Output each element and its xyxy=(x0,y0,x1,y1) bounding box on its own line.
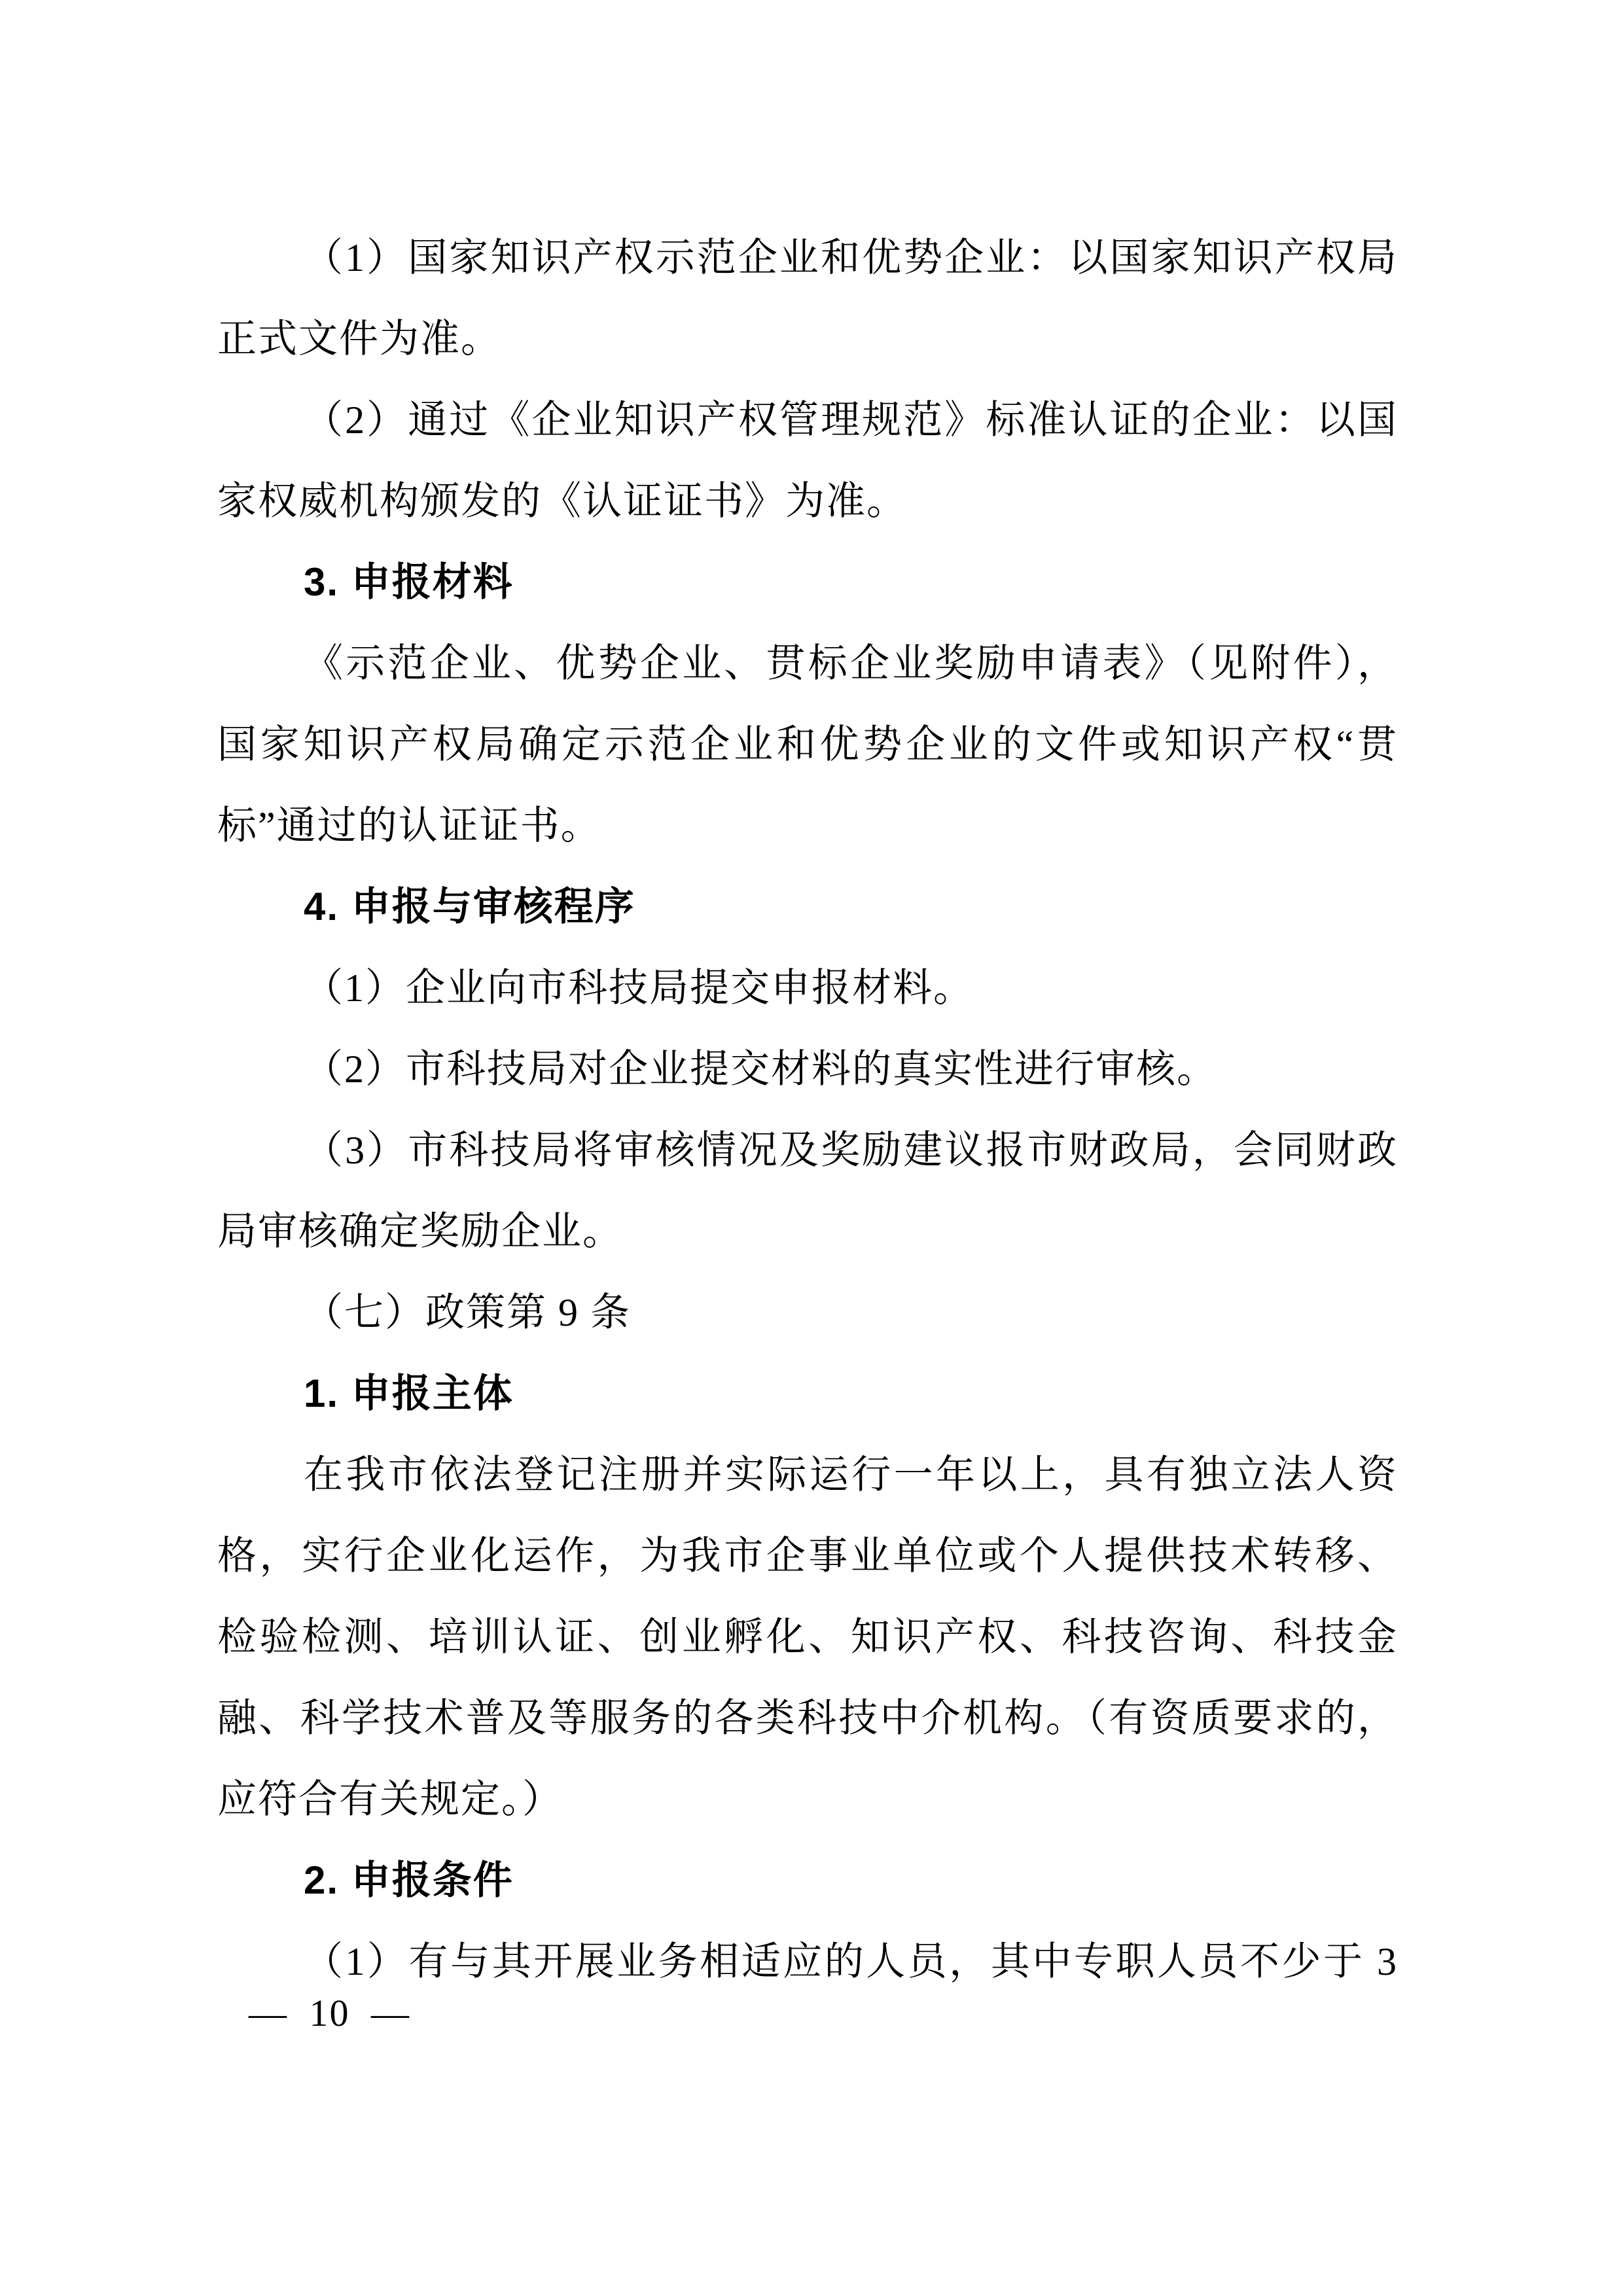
text-line: （2）通过《企业知识产权管理规范》标准认证的企业：以国 xyxy=(217,380,1398,461)
text-line: （2）市科技局对企业提交材料的真实性进行审核。 xyxy=(217,1029,1398,1110)
text-line: 家权威机构颁发的《认证证书》为准。 xyxy=(217,461,1398,542)
text-line: （3）市科技局将审核情况及奖励建议报市财政局，会同财政 xyxy=(217,1110,1398,1191)
text-line: （1）国家知识产权示范企业和优势企业：以国家知识产权局 xyxy=(217,217,1398,298)
text-line: 正式文件为准。 xyxy=(217,298,1398,380)
page-number: — 10 — xyxy=(249,1990,410,2036)
text-line: 《示范企业、优势企业、贯标企业奖励申请表》（见附件）， xyxy=(217,623,1398,704)
text-line: 应符合有关规定。） xyxy=(217,1759,1398,1840)
text-line: 标”通过的认证证书。 xyxy=(217,785,1398,866)
text-line: 在我市依法登记注册并实际运行一年以上，具有独立法人资 xyxy=(217,1434,1398,1515)
text-line: 局审核确定奖励企业。 xyxy=(217,1191,1398,1272)
section-heading: 3. 申报材料 xyxy=(217,542,1398,623)
section-heading: 1. 申报主体 xyxy=(217,1353,1398,1434)
section-heading: 4. 申报与审核程序 xyxy=(217,866,1398,947)
section-heading: （七）政策第 9 条 xyxy=(217,1272,1398,1353)
section-heading: 2. 申报条件 xyxy=(217,1840,1398,1921)
text-line: 检验检测、培训认证、创业孵化、知识产权、科技咨询、科技金 xyxy=(217,1597,1398,1678)
text-line: 格，实行企业化运作，为我市企事业单位或个人提供技术转移、 xyxy=(217,1515,1398,1597)
text-line: （1）企业向市科技局提交申报材料。 xyxy=(217,947,1398,1029)
text-line: 融、科学技术普及等服务的各类科技中介机构。（有资质要求的， xyxy=(217,1678,1398,1759)
text-line: 国家知识产权局确定示范企业和优势企业的文件或知识产权“贯 xyxy=(217,704,1398,785)
document-page: （1）国家知识产权示范企业和优势企业：以国家知识产权局 正式文件为准。 （2）通… xyxy=(0,0,1623,2296)
document-body: （1）国家知识产权示范企业和优势企业：以国家知识产权局 正式文件为准。 （2）通… xyxy=(217,217,1398,2002)
